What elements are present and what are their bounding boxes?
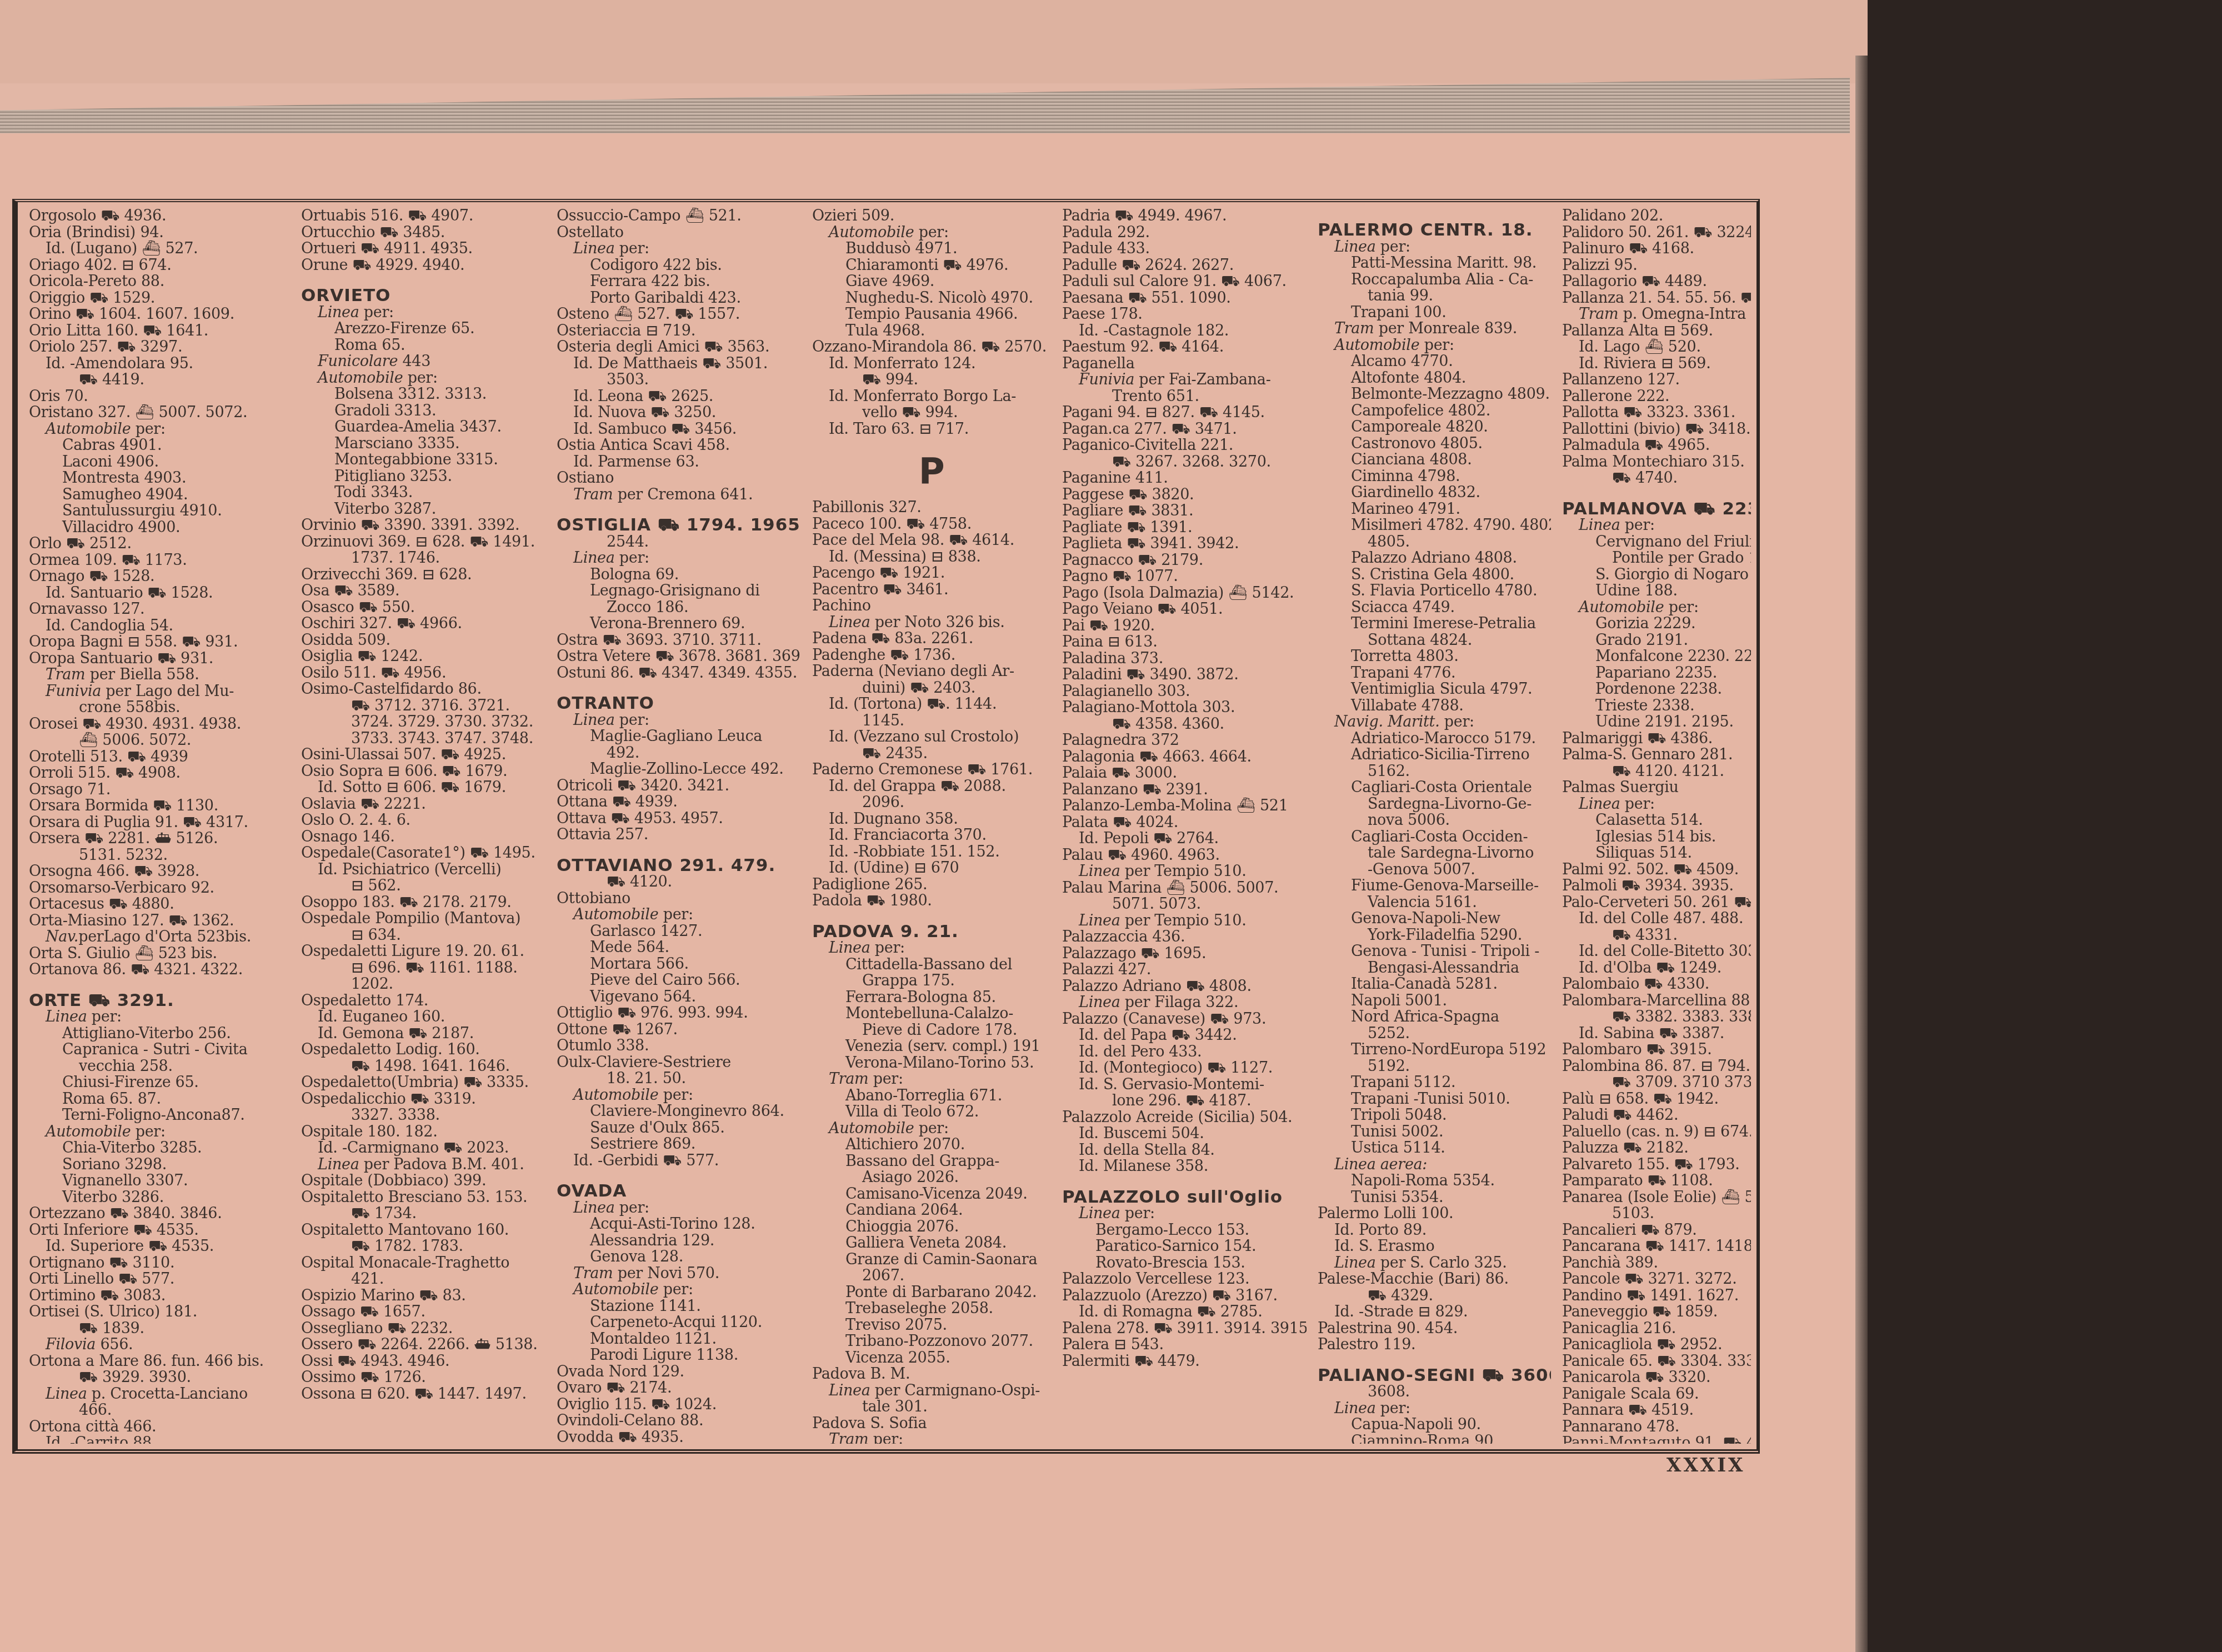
index-entry: Id. (Vezzano sul Crostolo): [812, 729, 1051, 745]
index-entry: Oropa Santuario ⛟ 931.: [29, 650, 290, 667]
index-entry: ⊟ 634.: [301, 927, 546, 944]
index-entry: Id. Pepoli ⛟ 2764.: [1062, 830, 1307, 847]
index-entry: Valencia 5161.: [1318, 894, 1551, 911]
index-entry: Id. Monferrato Borgo La-: [812, 388, 1051, 405]
index-entry: Samugheo 4904.: [29, 487, 290, 503]
index-entry: ⛟ 3709. 3710 3739.: [1562, 1074, 1751, 1091]
index-entry: Id. Psichiatrico (Vercelli): [301, 862, 546, 878]
index-entry: Id. -Robbiate 151. 152.: [812, 844, 1051, 860]
index-entry: Papariano 2235.: [1562, 665, 1751, 682]
index-entry: Bologna 69.: [557, 567, 801, 583]
entry-text: per:: [1376, 1400, 1410, 1417]
service-type-label: Automobile: [46, 420, 131, 438]
index-entry: Palinuro ⛟ 4168.: [1562, 241, 1751, 257]
index-entry: Padena ⛟ 83a. 2261.: [812, 630, 1051, 647]
index-entry: Palazzago ⛟ 1695.: [1062, 945, 1307, 962]
index-column-5: Padria ⛟ 4949. 4967.Padula 292.Padule 43…: [1062, 208, 1307, 1444]
index-entry: Palidano 202.: [1562, 208, 1751, 224]
index-entry: Asiago 2026.: [812, 1169, 1051, 1186]
index-entry: Palazzo Adriano 4808.: [1318, 550, 1551, 567]
index-entry: Id. del Colle-Bitetto 303.: [1562, 943, 1751, 960]
index-entry: Osidda 509.: [301, 632, 546, 649]
index-entry: Palazzo (Canavese) ⛟ 973.: [1062, 1011, 1307, 1028]
entry-text: per:: [131, 1123, 165, 1140]
index-entry: Palese-Macchie (Bari) 86.: [1318, 1271, 1551, 1288]
index-entry: 3608.: [1318, 1384, 1551, 1400]
index-entry: Pannara ⛟ 4519.: [1562, 1402, 1751, 1419]
index-entry: Ovaro ⛟ 2174.: [557, 1380, 801, 1396]
index-entry: Pallanza 21. 54. 55. 56. ⛟ 1373.: [1562, 290, 1751, 307]
service-type-label: Linea: [829, 1382, 870, 1399]
index-entry: Palombara-Marcellina 88.: [1562, 993, 1751, 1009]
index-entry: Pagliate ⛟ 1391.: [1062, 519, 1307, 536]
index-entry: 2067.: [812, 1268, 1051, 1284]
index-entry: Osa ⛟ 3589.: [301, 583, 546, 599]
index-entry: Ostellato: [557, 224, 801, 241]
index-entry: Trento 651.: [1062, 388, 1307, 405]
entry-text: per:: [615, 240, 649, 257]
index-entry: Automobile per:: [557, 907, 801, 923]
service-type-label: Linea: [318, 304, 359, 321]
entry-text: per Fai-Zambana-: [1134, 371, 1270, 388]
index-entry: Paludi ⛟ 4462.: [1562, 1107, 1751, 1124]
index-entry: Padola ⛟ 1980.: [812, 893, 1051, 909]
index-entry: Orroli 515. ⛟ 4908.: [29, 765, 290, 782]
index-entry: Campofelice 4802.: [1318, 403, 1551, 419]
index-entry: Genova-Napoli-New: [1318, 910, 1551, 927]
index-entry: Paggese ⛟ 3820.: [1062, 487, 1307, 503]
service-type-label: Tram: [1334, 320, 1374, 337]
index-entry: Id. Leona ⛟ 2625.: [557, 388, 801, 405]
index-entry: Linea per:: [1062, 1205, 1307, 1222]
index-entry: Ornago ⛟ 1528.: [29, 568, 290, 585]
index-entry: Ospitale (Dobbiaco) 399.: [301, 1173, 546, 1189]
index-entry: Paladina 373.: [1062, 650, 1307, 667]
index-entry: Oschiri 327. ⛟ 4966.: [301, 615, 546, 632]
index-entry: Automobile per:: [557, 1087, 801, 1104]
entry-text: per:: [1620, 795, 1655, 813]
index-entry: Palmi 92. 502. ⛟ 4509.: [1562, 862, 1751, 878]
index-entry: Tram per Cremona 641.: [557, 487, 801, 503]
index-entry: Palata ⛟ 4024.: [1062, 814, 1307, 831]
index-entry: Palestrina 90. 454.: [1318, 1320, 1551, 1337]
service-type-label: Automobile: [1579, 599, 1664, 616]
index-entry: Osio Sopra ⊟ 606. ⛟ 1679.: [301, 763, 546, 780]
index-entry: Oviglio 115. ⛟ 1024.: [557, 1396, 801, 1413]
index-entry: tania 99.: [1318, 288, 1551, 304]
index-entry: Ospedaletto(Umbria) ⛟ 3335.: [301, 1074, 546, 1091]
index-entry: Id. S. Erasmo: [1318, 1238, 1551, 1255]
index-entry: Ostiano: [557, 470, 801, 487]
index-entry: Ovindoli-Celano 88.: [557, 1413, 801, 1429]
index-entry: Ostia Antica Scavi 458.: [557, 437, 801, 454]
index-entry: Id. Taro 63. ⊟ 717.: [812, 421, 1051, 438]
index-entry: Linea per:: [812, 940, 1051, 957]
index-entry: Pagliare ⛟ 3831.: [1062, 503, 1307, 519]
index-entry: Ostra ⛟ 3693. 3710. 3711.: [557, 632, 801, 649]
service-type-label: Tram: [573, 486, 613, 503]
index-entry: Ospedalicchio ⛟ 3319.: [301, 1091, 546, 1108]
index-entry: Id. Monferrato 124.: [812, 356, 1051, 372]
index-entry: Paneveggio ⛟ 1859.: [1562, 1304, 1751, 1320]
index-entry: Id. Lago ⛴ 520.: [1562, 339, 1751, 356]
index-entry: Ortuabis 516. ⛟ 4907.: [301, 208, 546, 224]
index-entry: Padria ⛟ 4949. 4967.: [1062, 208, 1307, 224]
service-type-label: Linea: [1334, 1400, 1376, 1417]
index-entry: Italia-Canadà 5281.: [1318, 976, 1551, 993]
index-entry: vecchia 258.: [29, 1058, 290, 1075]
entry-text: per Filaga 322.: [1120, 994, 1239, 1011]
index-entry: Mede 564.: [557, 939, 801, 956]
index-entry: Ponte di Barbarano 2042.: [812, 1284, 1051, 1301]
service-type-label: Linea: [573, 1199, 615, 1217]
index-entry: Id. Euganeo 160.: [301, 1009, 546, 1025]
index-heading: OSTIGLIA ⛟ 1794. 1965.: [557, 517, 801, 534]
index-entry: Viterbo 3287.: [301, 501, 546, 518]
index-entry: Panni-Montaguto 91. ⛟ 4316.: [1562, 1435, 1751, 1444]
index-entry: Pachino: [812, 598, 1051, 614]
index-entry: ⛟ 4740.: [1562, 470, 1751, 487]
index-entry: Sauze d'Oulx 865.: [557, 1120, 801, 1137]
entry-text: per Cremona 641.: [613, 486, 753, 503]
index-entry: Pieve del Cairo 566.: [557, 972, 801, 989]
index-entry: Linea per:: [1562, 796, 1751, 813]
entry-text: per:: [131, 420, 165, 438]
entry-text: per:: [1419, 337, 1454, 354]
index-entry: Trapani -Tunisi 5010.: [1318, 1091, 1551, 1108]
index-entry: Orgosolo ⛟ 4936.: [29, 208, 290, 224]
index-column-6: PALERMO CENTR. 18.Linea per:Patti-Messin…: [1318, 208, 1551, 1444]
entry-text: per:: [87, 1008, 122, 1025]
entry-text: per Noto 326 bis.: [870, 614, 1005, 631]
index-entry: Buddusò 4971.: [812, 241, 1051, 257]
entry-text: per:: [1664, 599, 1698, 616]
index-entry: Palagonia ⛟ 4663. 4664.: [1062, 749, 1307, 765]
index-entry: Ovodda ⛟ 4935.: [557, 1429, 801, 1444]
index-entry: Ossi ⛟ 4943. 4946.: [301, 1353, 546, 1370]
index-entry: Claviere-Monginevro 864.: [557, 1103, 801, 1120]
entry-text: 656.: [96, 1336, 133, 1353]
index-entry: 492.: [557, 745, 801, 762]
index-entry: Siliquas 514.: [1562, 845, 1751, 862]
index-entry: Orune ⛟ 4929. 4940.: [301, 257, 546, 274]
index-entry: Orzivecchi 369. ⊟ 628.: [301, 567, 546, 583]
index-entry: Chia-Viterbo 3285.: [29, 1140, 290, 1157]
index-entry: tale 301.: [812, 1399, 1051, 1415]
index-entry: Palagianello 303.: [1062, 683, 1307, 700]
index-entry: Abano-Torreglia 671.: [812, 1088, 1051, 1104]
index-entry: Paluzza ⛟ 2182.: [1562, 1140, 1751, 1157]
index-entry: Paglieta ⛟ 3941. 3942.: [1062, 535, 1307, 552]
index-entry: Verona-Milano-Torino 53.: [812, 1055, 1051, 1072]
index-entry: Fiume-Genova-Marseille-: [1318, 878, 1551, 894]
index-entry: Camisano-Vicenza 2049.: [812, 1186, 1051, 1203]
index-entry: Padiglione 265.: [812, 877, 1051, 893]
index-entry: Palombaio ⛟ 4330.: [1562, 976, 1751, 993]
index-entry: Ottava ⛟ 4953. 4957.: [557, 810, 801, 827]
index-entry: Marsciano 3335.: [301, 435, 546, 452]
index-entry: Ospedale Pompilio (Mantova): [301, 910, 546, 927]
index-entry: Id. d'Olba ⛟ 1249.: [1562, 960, 1751, 977]
index-entry: Id. Superiore ⛟ 4535.: [29, 1238, 290, 1255]
index-entry: Panicarola ⛟ 3320.: [1562, 1369, 1751, 1386]
index-entry: Patti-Messina Maritt. 98.: [1318, 255, 1551, 272]
index-entry: Sottana 4824.: [1318, 632, 1551, 649]
service-type-label: Tram: [829, 1431, 868, 1444]
index-entry: Ortimino ⛟ 3083.: [29, 1288, 290, 1304]
service-type-label: Linea: [829, 939, 870, 957]
index-entry: Tirreno-NordEuropa 5192: [1318, 1042, 1551, 1058]
index-entry: Id. Sabina ⛟ 3387.: [1562, 1025, 1751, 1042]
index-entry: Id. Franciacorta 370.: [812, 827, 1051, 844]
index-entry: Oris 70.: [29, 388, 290, 405]
index-entry: Tram per Biella 558.: [29, 667, 290, 683]
index-entry: Id. del Grappa ⛟ 2088.: [812, 778, 1051, 795]
index-entry: crone 558bis.: [29, 699, 290, 716]
entry-text: per:: [615, 1199, 649, 1217]
service-type-label: Linea: [46, 1008, 87, 1025]
index-entry: Tram per Monreale 839.: [1318, 321, 1551, 337]
index-entry: ⛟ 3267. 3268. 3270.: [1062, 454, 1307, 470]
index-entry: Pordenone 2238.: [1562, 681, 1751, 698]
index-entry: Palazzolo Vercellese 123.: [1062, 1271, 1307, 1288]
index-entry: Tram per:: [812, 1431, 1051, 1444]
page-number: XXXIX: [1666, 1454, 1745, 1476]
index-entry: Altichiero 2070.: [812, 1137, 1051, 1153]
service-type-label: Linea: [573, 240, 615, 257]
index-entry: Linea per Carmignano-Ospi-: [812, 1383, 1051, 1399]
index-entry: Ortueri ⛟ 4911. 4935.: [301, 241, 546, 257]
index-entry: S. Giorgio di Nogaro 189.: [1562, 567, 1751, 583]
index-entry: Orsomarso-Verbicaro 92.: [29, 880, 290, 897]
index-entry: Linea per:: [557, 1200, 801, 1217]
index-entry: Pago Veiano ⛟ 4051.: [1062, 601, 1307, 618]
index-entry: Pagan.ca 277. ⛟ 3471.: [1062, 421, 1307, 438]
index-entry: Id. -Carrito 88.: [29, 1435, 290, 1444]
index-entry: Palena 278. ⛟ 3911. 3914. 3915: [1062, 1320, 1307, 1337]
index-entry: Trapani 100.: [1318, 304, 1551, 321]
section-letter: P: [812, 449, 1051, 494]
index-entry: ⛟ 1498. 1641. 1646.: [301, 1058, 546, 1075]
index-heading: PALIANO-SEGNI ⛟ 3606: [1318, 1368, 1551, 1384]
index-entry: Id. (Messina) ⊟ 838.: [812, 549, 1051, 565]
index-entry: Ciampino-Roma 90.: [1318, 1433, 1551, 1444]
index-entry: Automobile per:: [29, 1124, 290, 1140]
index-entry: Bergamo-Lecco 153.: [1062, 1222, 1307, 1239]
service-type-label: Linea aerea:: [1334, 1156, 1427, 1173]
index-entry: Tram per Novi 570.: [557, 1265, 801, 1282]
index-entry: Paina ⊟ 613.: [1062, 634, 1307, 650]
index-entry: Palma Montechiaro 315.: [1562, 454, 1751, 470]
index-entry: Ortona a Mare 86. fun. 466 bis.: [29, 1353, 290, 1370]
index-entry: 421.: [301, 1271, 546, 1288]
index-entry: Palizzi 95.: [1562, 257, 1751, 274]
index-entry: Linea per S. Carlo 325.: [1318, 1255, 1551, 1271]
index-entry: Ossago ⛟ 1657.: [301, 1304, 546, 1320]
index-entry: Linea per:: [1318, 1400, 1551, 1417]
index-entry: Linea per Filaga 322.: [1062, 994, 1307, 1011]
index-entry: ⊟ 562.: [301, 878, 546, 894]
index-entry: ⛟ 1734.: [301, 1205, 546, 1222]
index-entry: Giave 4969.: [812, 273, 1051, 290]
index-entry: duini) ⛟ 2403.: [812, 680, 1051, 697]
index-entry: Pago (Isola Dalmazia) ⛴ 5142.: [1062, 585, 1307, 602]
index-entry: Palombaro ⛟ 3915.: [1562, 1042, 1751, 1058]
index-entry: Id. -Amendolara 95.: [29, 356, 290, 372]
index-entry: Linea per:: [1562, 517, 1751, 534]
service-type-label: Automobile: [46, 1123, 131, 1140]
index-entry: Panigale Scala 69.: [1562, 1386, 1751, 1403]
index-entry: Linea per Padova B.M. 401.: [301, 1157, 546, 1173]
entry-text: per Tempio 510.: [1120, 912, 1247, 929]
index-entry: Paestum 92. ⛟ 4164.: [1062, 339, 1307, 356]
index-entry: ⛟ 3712. 3716. 3721.: [301, 698, 546, 714]
index-entry: Origgio ⛟ 1529.: [29, 290, 290, 307]
index-entry: 1202.: [301, 976, 546, 993]
service-type-label: Filovia: [46, 1336, 96, 1353]
index-entry: Palazzaccia 436.: [1062, 929, 1307, 945]
index-entry: Palazzolo Acreide (Sicilia) 504.: [1062, 1109, 1307, 1126]
service-type-label: Tram: [1579, 306, 1618, 323]
index-entry: 3327. 3338.: [301, 1107, 546, 1124]
index-entry: Ortignano ⛟ 3110.: [29, 1255, 290, 1271]
service-type-label: Linea: [1079, 912, 1120, 929]
entry-text: per:: [1620, 517, 1655, 534]
entry-text: per Novi 570.: [613, 1265, 719, 1282]
index-entry: Id. Milanese 358.: [1062, 1158, 1307, 1175]
index-entry: Osini-Ulassai 507. ⛟ 4925.: [301, 747, 546, 763]
index-entry: Porto Garibaldi 423.: [557, 290, 801, 307]
index-entry: Viterbo 3286.: [29, 1189, 290, 1206]
index-entry: Orta S. Giulio ⛴ 523 bis.: [29, 945, 290, 962]
service-type-label: Automobile: [573, 1087, 658, 1104]
index-entry: Sciacca 4749.: [1318, 599, 1551, 616]
entry-text: per:: [658, 1281, 693, 1298]
index-entry: Vigevano 564.: [557, 989, 801, 1005]
index-entry: Id. del Colle 487. 488.: [1562, 910, 1751, 927]
service-type-label: Tram: [573, 1265, 613, 1282]
index-entry: Cagliari-Costa Occiden-: [1318, 829, 1551, 845]
index-entry: Ciminna 4798.: [1318, 468, 1551, 485]
index-entry: Orosei ⛟ 4930. 4931. 4938.: [29, 716, 290, 733]
index-entry: Palaia ⛟ 3000.: [1062, 765, 1307, 782]
index-entry: Maglie-Gagliano Leuca: [557, 728, 801, 745]
index-entry: Granze di Camin-Saonara: [812, 1251, 1051, 1268]
index-entry: Linea per:: [557, 712, 801, 729]
index-entry: Ottobiano: [557, 890, 801, 907]
index-entry: Pallagorio ⛟ 4489.: [1562, 273, 1751, 290]
index-entry: Id. (Udine) ⊟ 670: [812, 860, 1051, 877]
index-entry: Ossimo ⛟ 1726.: [301, 1369, 546, 1386]
index-entry: Linea per Tempio 510.: [1062, 863, 1307, 880]
index-entry: Palù ⊟ 658. ⛟ 1942.: [1562, 1091, 1751, 1108]
index-entry: vello ⛟ 994.: [812, 404, 1051, 421]
index-entry: Linea per Tempio 510.: [1062, 913, 1307, 929]
service-type-label: Linea: [46, 1385, 87, 1403]
index-entry: Parodi Ligure 1138.: [557, 1347, 801, 1364]
index-entry: Panicaglia 216.: [1562, 1320, 1751, 1337]
index-entry: S. Cristina Gela 4800.: [1318, 567, 1551, 583]
service-type-label: Tram: [829, 1070, 868, 1088]
index-entry: Ospedale(Casorate1°) ⛟ 1495.: [301, 845, 546, 862]
index-heading: PALMANOVA ⛟ 2231.: [1562, 501, 1751, 518]
index-entry: Filovia 656.: [29, 1336, 290, 1353]
index-entry: 1737. 1746.: [301, 550, 546, 567]
index-entry: Attigliano-Viterbo 256.: [29, 1025, 290, 1042]
index-entry: Santulussurgiu 4910.: [29, 503, 290, 519]
service-type-label: Navig. Maritt.: [1334, 713, 1439, 730]
index-entry: Automobile per:: [1318, 337, 1551, 354]
entry-text: p. Crocetta-Lanciano: [87, 1385, 248, 1403]
index-entry: Padule 433.: [1062, 241, 1307, 257]
index-entry: Capranica - Sutri - Civita: [29, 1042, 290, 1058]
index-entry: Treviso 2075.: [812, 1317, 1051, 1334]
index-entry: Paganine 411.: [1062, 470, 1307, 487]
index-entry: Ferrara-Bologna 85.: [812, 989, 1051, 1006]
index-entry: Orino ⛟ 1604. 1607. 1609.: [29, 306, 290, 323]
index-column-2: Ortuabis 516. ⛟ 4907.Ortucchio ⛟ 3485.Or…: [301, 208, 546, 1444]
index-entry: Oriago 402. ⊟ 674.: [29, 257, 290, 274]
service-type-label: Linea: [1079, 1205, 1120, 1222]
index-entry: Orio Litta 160. ⛟ 1641.: [29, 323, 290, 339]
index-page: Orgosolo ⛟ 4936.Oria (Brindisi) 94.Id. (…: [0, 133, 1850, 1652]
index-entry: Panicale 65. ⛟ 3304. 3332.: [1562, 1353, 1751, 1370]
index-entry: Panchià 389.: [1562, 1255, 1751, 1271]
index-entry: Pancarana ⛟ 1417. 1418.: [1562, 1238, 1751, 1255]
index-entry: Napoli-Roma 5354.: [1318, 1173, 1551, 1189]
index-entry: Vicenza 2055.: [812, 1350, 1051, 1366]
index-entry: Napoli 5001.: [1318, 993, 1551, 1009]
index-entry: Pamparato ⛟ 1108.: [1562, 1173, 1751, 1189]
index-entry: S. Flavia Porticello 4780.: [1318, 583, 1551, 599]
index-entry: Bolsena 3312. 3313.: [301, 386, 546, 403]
index-entry: Pallanza Alta ⊟ 569.: [1562, 323, 1751, 339]
index-entry: Orsara di Puglia 91. ⛟ 4317.: [29, 814, 290, 831]
index-entry: Alcamo 4770.: [1318, 353, 1551, 370]
index-entry: Ortisei (S. Ulrico) 181.: [29, 1304, 290, 1320]
index-entry: Sestriere 869.: [557, 1136, 801, 1153]
index-entry: Padulle ⛟ 2624. 2627.: [1062, 257, 1307, 274]
index-entry: Oriolo 257. ⛟ 3297.: [29, 339, 290, 356]
service-type-label: Nav.: [46, 928, 78, 945]
index-entry: Palau ⛟ 4960. 4963.: [1062, 847, 1307, 864]
index-entry: ⛟ 4419.: [29, 372, 290, 388]
index-entry: 2544.: [557, 534, 801, 550]
index-entry: ⛴ 5006. 5072.: [29, 732, 290, 749]
index-entry: Orsara Bormida ⛟ 1130.: [29, 798, 290, 814]
index-entry: Osoppo 183. ⛟ 2178. 2179.: [301, 894, 546, 911]
index-entry: Carpeneto-Acqui 1120.: [557, 1314, 801, 1331]
index-entry: Oslo O. 2. 4. 6.: [301, 812, 546, 829]
index-entry: Pandino ⛟ 1491. 1627.: [1562, 1288, 1751, 1304]
index-entry: Id. Riviera ⊟ 569.: [1562, 356, 1751, 372]
index-entry: Ostra Vetere ⛟ 3678. 3681. 3696: [557, 648, 801, 665]
index-entry: Cittadella-Bassano del: [812, 957, 1051, 973]
index-entry: Linea per:: [557, 550, 801, 567]
index-entry: Ossuccio-Campo ⛴ 521.: [557, 208, 801, 224]
index-entry: 18. 21. 50.: [557, 1070, 801, 1087]
index-entry: Paderno Cremonese ⛟ 1761.: [812, 762, 1051, 778]
index-entry: Ospitaletto Mantovano 160.: [301, 1222, 546, 1239]
index-entry: Navig. Maritt. per:: [1318, 714, 1551, 730]
index-entry: Ottone ⛟ 1267.: [557, 1022, 801, 1038]
index-entry: Udine 2191. 2195.: [1562, 714, 1751, 730]
index-entry: Id. (Montegioco) ⛟ 1127.: [1062, 1060, 1307, 1077]
index-entry: Paduli sul Calore 91. ⛟ 4067.: [1062, 273, 1307, 290]
index-entry: Ospitale 180. 182.: [301, 1124, 546, 1140]
index-entry: Montegabbione 3315.: [301, 452, 546, 468]
index-entry: Panicagliola ⛟ 2952.: [1562, 1336, 1751, 1353]
